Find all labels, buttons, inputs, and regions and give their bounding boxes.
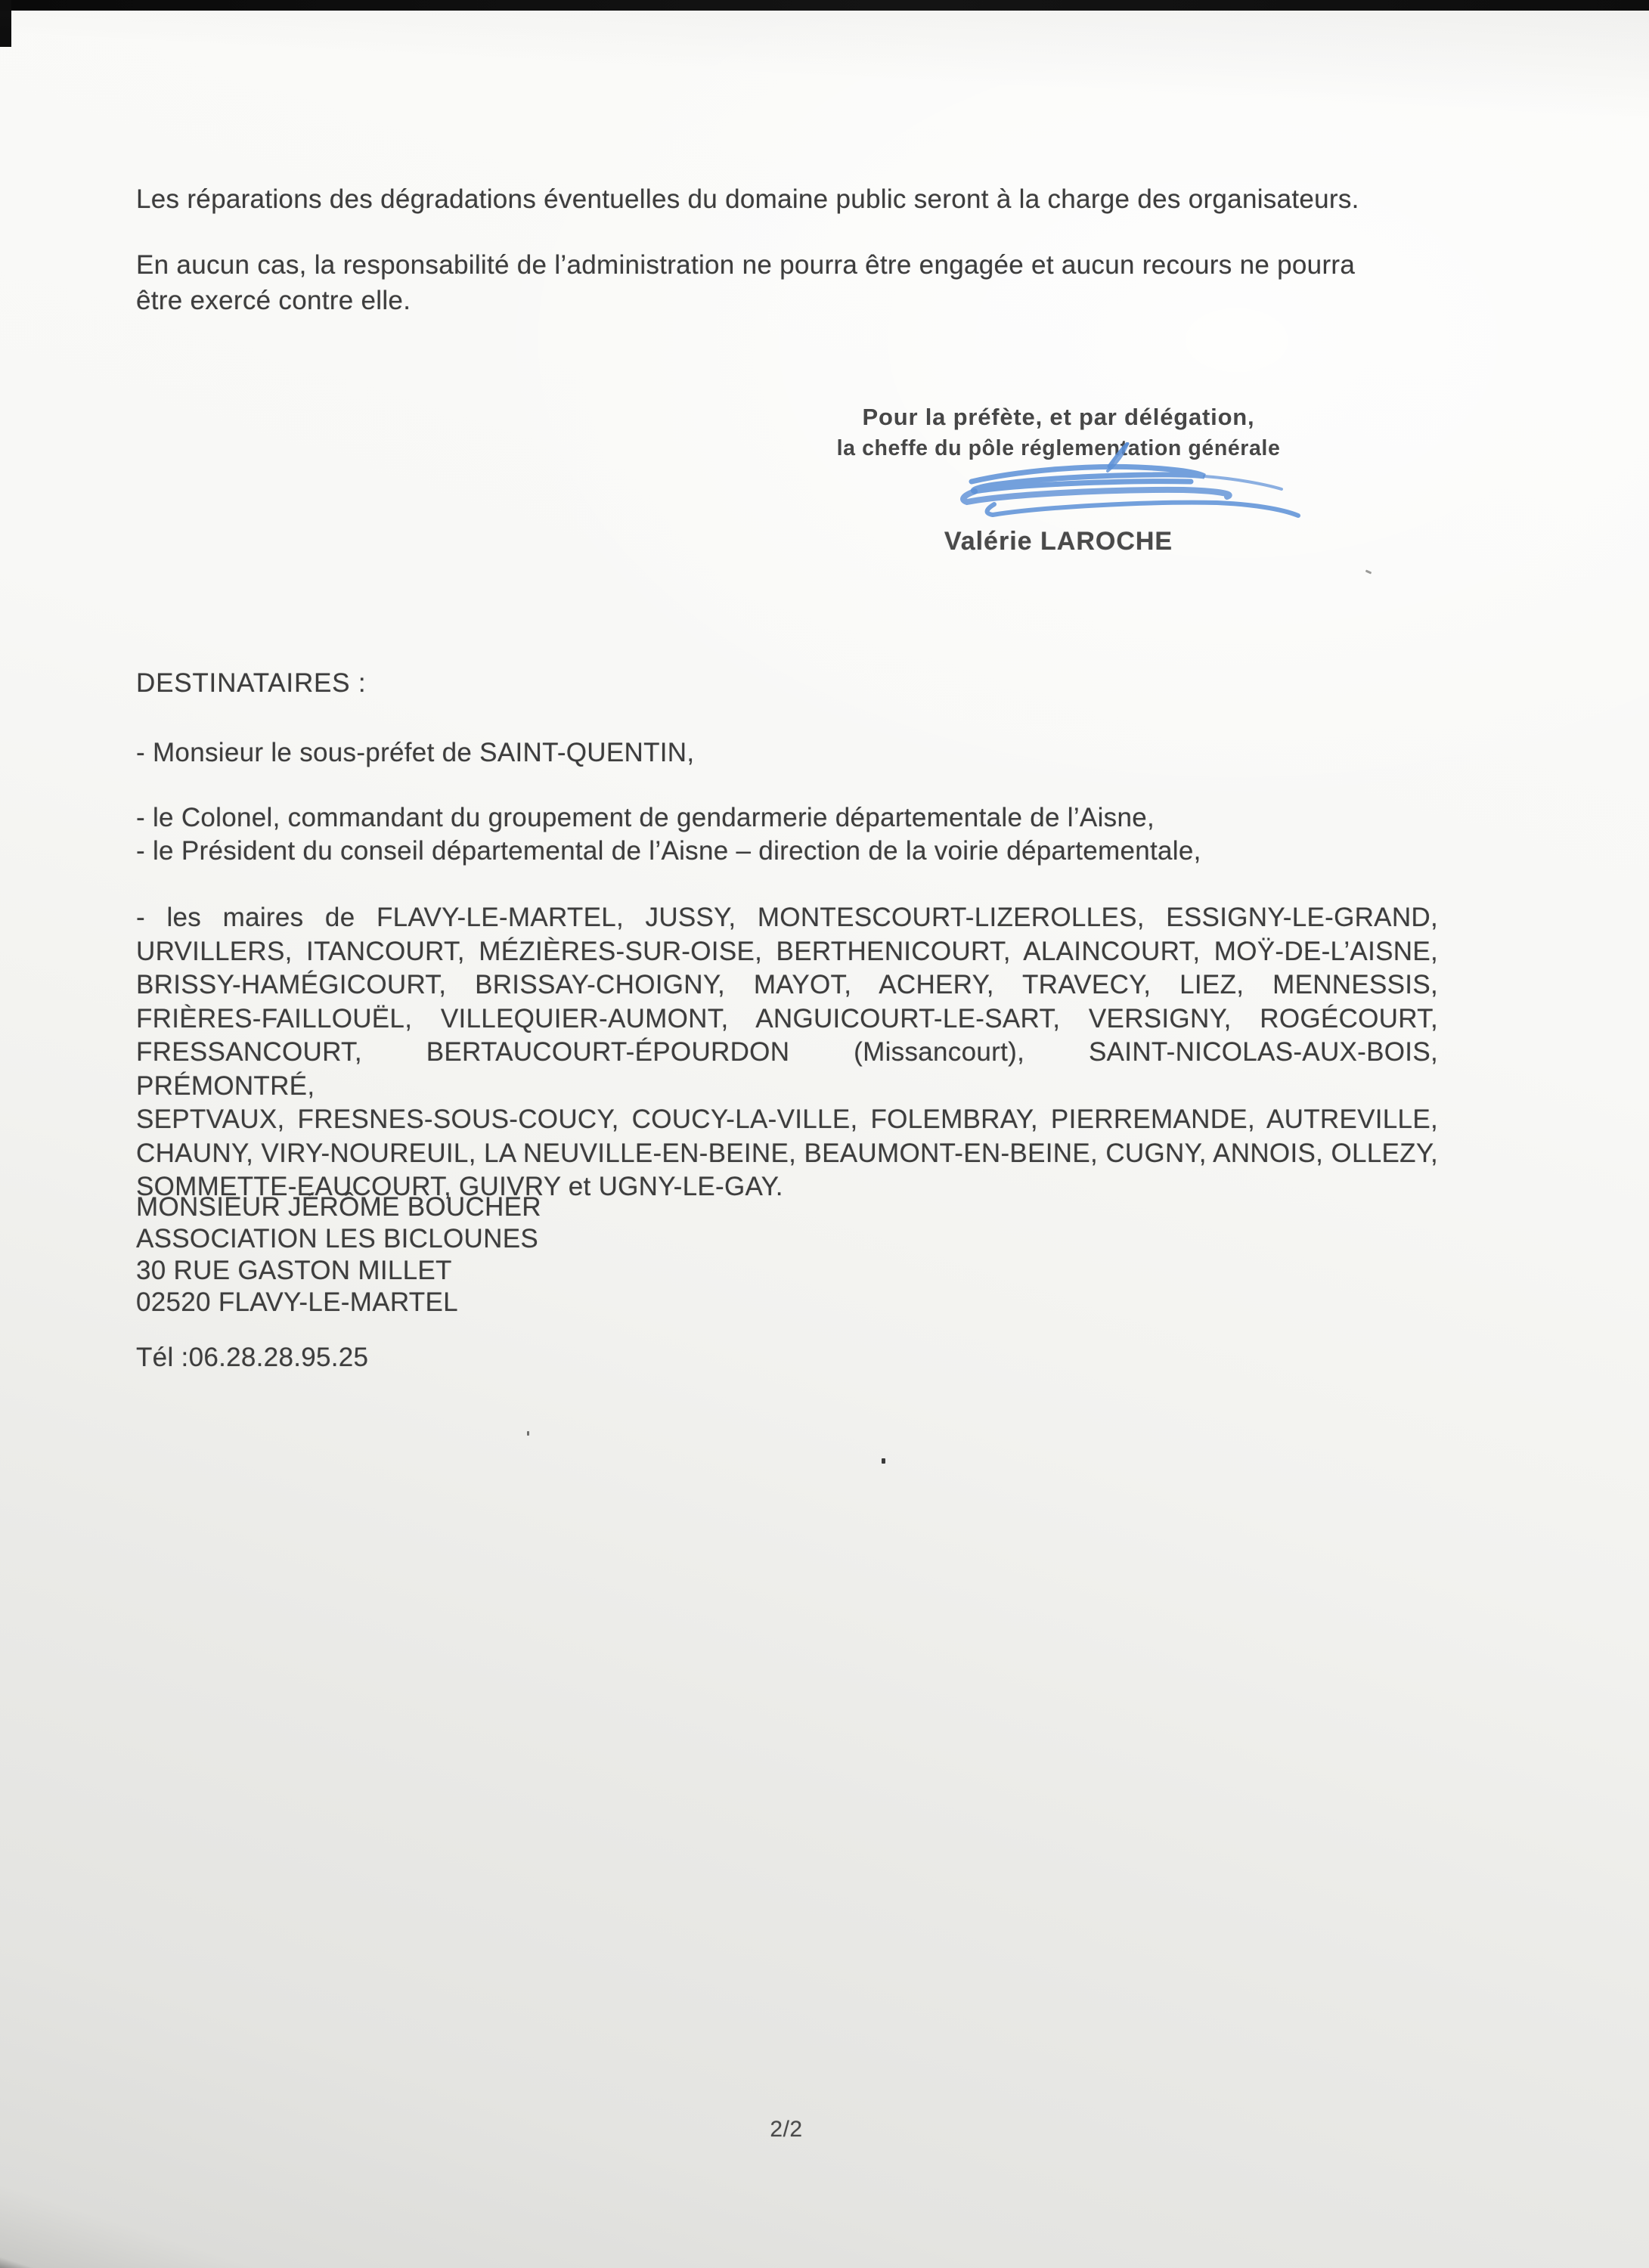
paragraph-responsibility-line2: être exercé contre elle. — [136, 283, 1438, 318]
paragraph-repairs-text: Les réparations des dégradations éventue… — [136, 181, 1438, 217]
mayors-line: FRIÈRES-FAILLOUËL, VILLEQUIER-AUMONT, AN… — [136, 1002, 1438, 1036]
mayors-line: BRISSY-HAMÉGICOURT, BRISSAY-CHOIGNY, MAY… — [136, 968, 1438, 1002]
mayors-line: SEPTVAUX, FRESNES-SOUS-COUCY, COUCY-LA-V… — [136, 1103, 1438, 1137]
recipient-item: - Monsieur le sous-préfet de SAINT-QUENT… — [136, 735, 1438, 770]
contact-name: MONSIEUR JÉRÔME BOUCHER — [136, 1191, 1438, 1223]
contact-phone-text: Tél :06.28.28.95.25 — [136, 1340, 1438, 1375]
mayors-line: CHAUNY, VIRY-NOUREUIL, LA NEUVILLE-EN-BE… — [136, 1137, 1438, 1171]
paragraph-repairs: Les réparations des dégradations éventue… — [136, 181, 1438, 217]
signatory-name: Valérie LAROCHE — [817, 527, 1300, 556]
recipient-sous-prefet: - Monsieur le sous-préfet de SAINT-QUENT… — [136, 735, 1438, 770]
signature-delegation-line: Pour la préfète, et par délégation, — [817, 401, 1300, 433]
scan-shadow — [0, 11, 1649, 124]
page-number: 2/2 — [726, 2117, 847, 2143]
recipient-item: - le Président du conseil départemental … — [136, 833, 1438, 869]
scanned-letter-page: Les réparations des dégradations éventue… — [0, 0, 1649, 2268]
mayors-line: - les maires de FLAVY-LE-MARTEL, JUSSY, … — [136, 901, 1438, 935]
mayors-line: FRESSANCOURT, BERTAUCOURT-ÉPOURDON (Miss… — [136, 1036, 1438, 1103]
recipient-colonel: - le Colonel, commandant du groupement d… — [136, 800, 1438, 835]
paragraph-responsibility-line1: En aucun cas, la responsabilité de l’adm… — [136, 247, 1438, 283]
recipients-heading: DESTINATAIRES : — [136, 665, 1438, 701]
recipient-item: - le Colonel, commandant du groupement d… — [136, 800, 1438, 835]
paragraph-responsibility: En aucun cas, la responsabilité de l’adm… — [136, 247, 1438, 318]
contact-association: ASSOCIATION LES BICLOUNES — [136, 1223, 1438, 1255]
scan-speck — [1365, 570, 1372, 575]
contact-phone: Tél :06.28.28.95.25 — [136, 1340, 1438, 1375]
contact-city: 02520 FLAVY-LE-MARTEL — [136, 1287, 1438, 1318]
handwritten-signature-ink — [949, 442, 1304, 533]
recipients-heading-text: DESTINATAIRES : — [136, 665, 1438, 701]
scan-speck — [882, 1458, 885, 1464]
contact-street: 30 RUE GASTON MILLET — [136, 1255, 1438, 1287]
mayors-line: URVILLERS, ITANCOURT, MÉZIÈRES-SUR-OISE,… — [136, 935, 1438, 969]
scanner-edge-band — [0, 0, 1649, 11]
contact-address-block: MONSIEUR JÉRÔME BOUCHER ASSOCIATION LES … — [136, 1191, 1438, 1318]
mayors-paragraph: - les maires de FLAVY-LE-MARTEL, JUSSY, … — [136, 901, 1438, 1204]
recipient-president: - le Président du conseil départemental … — [136, 833, 1438, 869]
scan-speck — [527, 1431, 529, 1436]
